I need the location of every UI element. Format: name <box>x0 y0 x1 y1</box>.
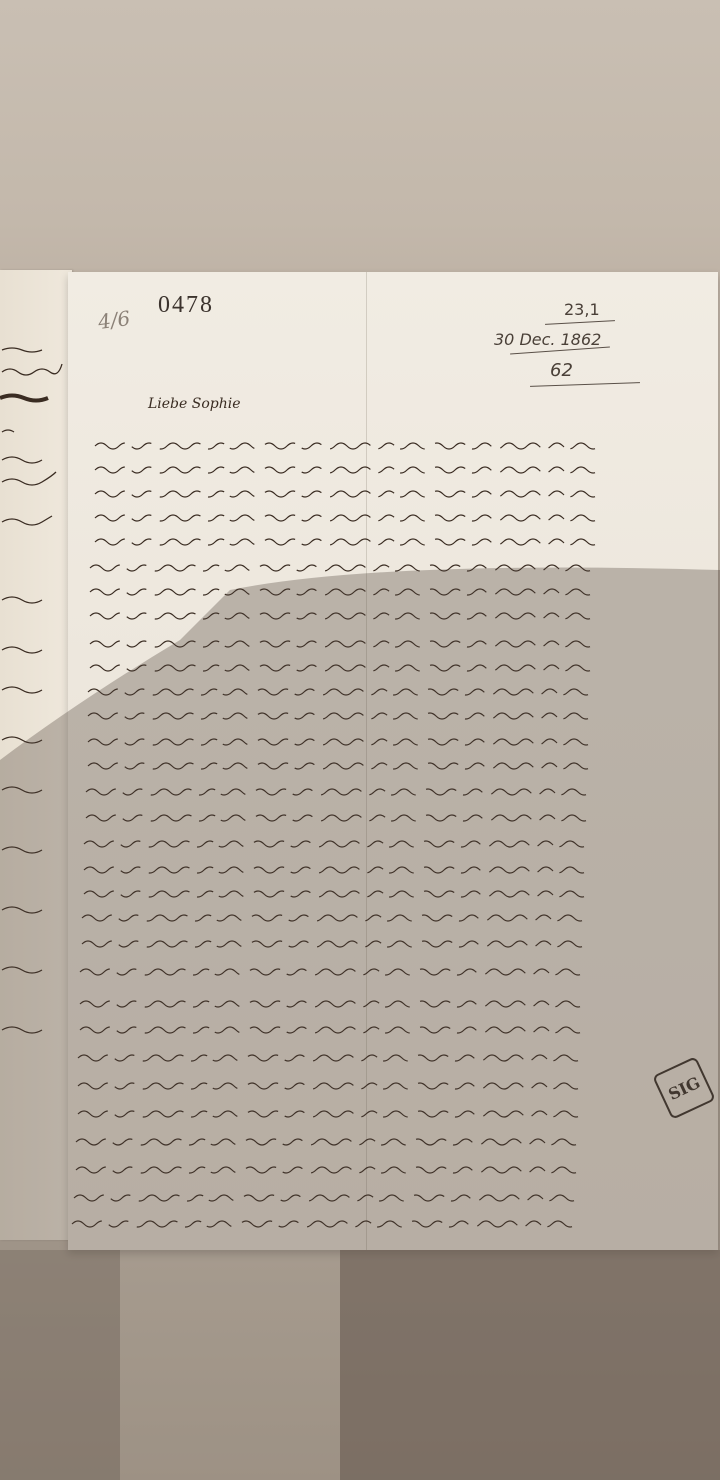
photo-scene: 4/6 0478 23,1 30 Dec. 1862 62 Liebe Soph… <box>0 0 720 1480</box>
handwritten-body <box>0 0 720 1480</box>
